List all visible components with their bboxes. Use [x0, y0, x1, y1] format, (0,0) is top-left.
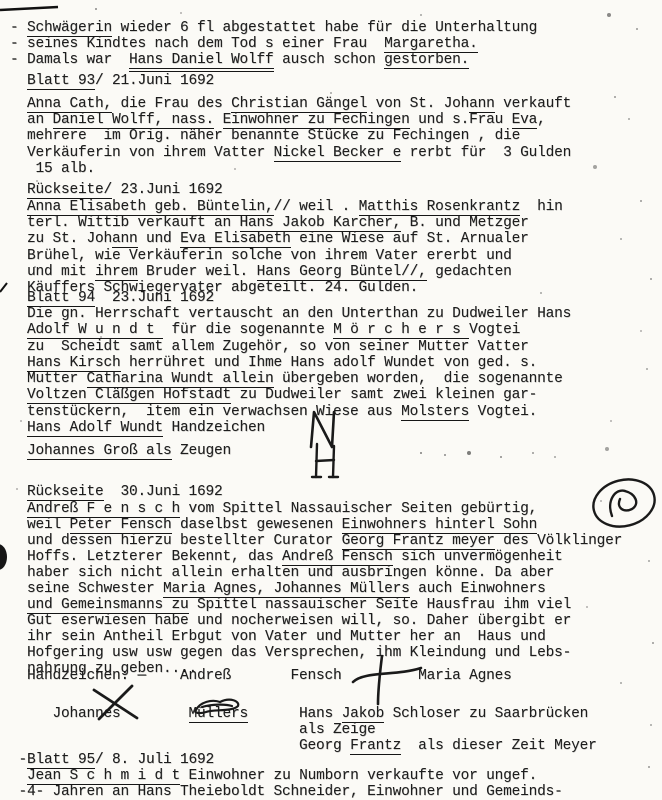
underlined-text: ihrem: [95, 264, 138, 281]
underlined-text: Hans Adolf Wundt: [27, 420, 163, 437]
plain-text: - Damals war: [10, 52, 129, 68]
plain-text: Gut eserwiesen habe und nocherweisen wil…: [10, 613, 571, 629]
plain-text: übergeben worden, die sogenannte: [274, 371, 563, 387]
text-line: -4- Jahren an Hans Theieboldt Schneider,…: [10, 784, 563, 800]
text-line: - Damals war Hans Daniel Wolff ausch sch…: [10, 52, 537, 68]
plain-text: Vogtei.: [469, 404, 537, 420]
scan-noise-specks: [0, 0, 2, 2]
text-line: - seines Kindtes nach dem Tod s einer Fr…: [10, 36, 537, 52]
plain-text: Spittel nassauischer Seite Hausfrau ihm …: [189, 597, 572, 613]
text-line: Die gn. Herrschaft vertauscht an den Unt…: [10, 306, 571, 322]
scan-edge-line: [0, 7, 58, 10]
text-line: Anna Cath, die Frau des Christian Gängel…: [10, 96, 571, 112]
underlined-text: Voltzen Cläßgen Hofstadt: [27, 387, 231, 404]
text-line: Adolf W u n d t für die sogenannte M ö r…: [10, 322, 571, 338]
text-line: Anna Elisabeth geb. Büntelin,// weil . M…: [10, 199, 563, 215]
underlined-text: Hans Jakob Karcher,: [240, 215, 402, 232]
plain-text: [10, 96, 27, 112]
plain-text: Hofgering usw usw gegen das Versprechen,…: [10, 645, 571, 661]
plain-text: weil: [10, 517, 70, 533]
text-line: als Zeige: [10, 722, 376, 738]
text-line: Verkäuferin von ihrem Vatter Nickel Beck…: [10, 145, 571, 161]
text-line: und Gemeinsmanns zu Spittel nassauischer…: [10, 597, 622, 613]
text-block: Andreß F e n s c h vom Spittel Nassauisc…: [10, 501, 622, 677]
underlined-text: Blatt 94: [27, 290, 95, 307]
text-line: Mutter Catharina Wundt allein übergeben …: [10, 371, 571, 387]
text-line: Andreß F e n s c h vom Spittel Nassauisc…: [10, 501, 622, 517]
plain-text: Handzeichen: — Andreß Fensch Maria Agnes: [10, 668, 512, 684]
plain-text: [359, 784, 368, 800]
underlined-text: Blatt 93: [27, 73, 95, 90]
text-line: Hofgering usw usw gegen das Versprechen,…: [10, 645, 622, 661]
underlined-text: M ö r c h e r s: [333, 322, 469, 339]
underlined-text: Frantz: [350, 738, 401, 755]
plain-text: 23.Juni 1692: [95, 290, 214, 306]
underlined-text: Nickel Becker e: [274, 145, 402, 162]
text-line: Handzeichen: — Andreß Fensch Maria Agnes: [10, 668, 512, 684]
underlined-text: Rückseite/: [27, 182, 112, 199]
plain-text: Johannes: [10, 706, 189, 722]
text-block: Blatt 93/ 21.Juni 1692: [10, 73, 214, 89]
plain-text: [10, 768, 27, 784]
underlined-text: Einwohners hinterl Sohn: [342, 517, 538, 534]
plain-text: zu Scheidt samt allem Zugehör, so von se…: [10, 339, 529, 355]
underlined-text: und Gemeinsmanns zu: [27, 597, 189, 614]
plain-text: und s.Frau: [410, 112, 512, 128]
plain-text: [10, 597, 27, 613]
text-block: Hans Adolf Wundt Handzeichen Johannes Gr…: [10, 417, 265, 463]
plain-text: [10, 322, 27, 338]
plain-text: ausch schon: [274, 52, 385, 68]
text-line: Hoffs. Letzterer Bekennt, das Andreß Fen…: [10, 549, 622, 565]
text-line: Brühel, wie Verkäuferin solche von ihrem…: [10, 248, 563, 264]
underlined-text: Anna Elisabeth geb. Büntelin,: [27, 199, 274, 216]
plain-text: haber sich nicht allein erhalten und aus…: [10, 565, 554, 581]
underlined-text: Müllers: [189, 706, 249, 723]
text-line: zu Scheidt samt allem Zugehör, so von se…: [10, 339, 571, 355]
scan-edge-blob: [0, 544, 7, 570]
plain-text: ihr sein Antheil Erbgut von Vater und Mu…: [10, 629, 546, 645]
plain-text: an: [10, 112, 53, 128]
text-line: Rückseite/ 23.Juni 1692: [10, 182, 223, 198]
plain-text: als Zeige: [10, 722, 376, 738]
plain-text: rerbt für 3 Gulden: [401, 145, 571, 161]
plain-text: 30.Juni 1692: [104, 484, 223, 500]
text-block: Anna Cath, die Frau des Christian Gängel…: [10, 96, 571, 177]
plain-text: vom Spittel Nassauischer Seiten gebürtig…: [180, 501, 537, 517]
underlined-text: Theieboldt Schneider,: [180, 784, 359, 800]
plain-text: zu St. Joh: [10, 231, 112, 247]
underlined-text: Eva Elisabeth: [180, 231, 291, 248]
text-line: weil Peter Fensch daselbst gewesenen Ein…: [10, 517, 622, 533]
text-line: Johannes Groß als Zeugen: [10, 440, 265, 463]
plain-text: Mutter: [10, 371, 87, 387]
text-block: Rückseite/ 23.Juni 1692: [10, 182, 223, 198]
plain-text: und mit: [10, 264, 95, 280]
text-line: an Daniel Wolff, nass. Einwohner zu Fech…: [10, 112, 571, 128]
text-line: Blatt 94 23.Juni 1692: [10, 290, 214, 306]
text-line: mehrere im Orig. näher benannte Stücke z…: [10, 128, 571, 144]
plain-text: [10, 420, 27, 436]
text-block: als Zeige: [10, 722, 376, 738]
plain-text: verkauft: [495, 96, 572, 112]
text-line: Blatt 93/ 21.Juni 1692: [10, 73, 214, 89]
plain-text: die Frau des: [112, 96, 231, 112]
underlined-text: Catharina Wundt allein: [87, 371, 274, 388]
underlined-text: Hans Daniel Wolff: [129, 52, 274, 72]
scanned-document-page: - Schwägerin wieder 6 fl abgestattet hab…: [0, 0, 662, 800]
plain-text: und: [138, 231, 181, 247]
text-line: Voltzen Cläßgen Hofstadt zu Dudweiler sa…: [10, 387, 571, 403]
underlined-text: Jean S c h m i d t: [27, 768, 180, 785]
text-line: seine Schwester Maria Agnes, Johannes Mü…: [10, 581, 622, 597]
plain-text: hin: [520, 199, 563, 215]
plain-text: -4- Jahren an Hans: [10, 784, 180, 800]
text-line: Hans Kirsch herrühret und Ihme Hans adol…: [10, 355, 571, 371]
plain-text: 23.Juni 1692: [112, 182, 223, 198]
plain-text: [10, 501, 27, 517]
plain-text: / 21.Juni 1692: [95, 73, 214, 89]
plain-text: [10, 355, 27, 371]
plain-text: [10, 443, 27, 459]
text-line: Hans Adolf Wundt Handzeichen: [10, 417, 265, 440]
plain-text: ,: [537, 112, 546, 128]
plain-text: Handzeichen: [163, 420, 265, 436]
underlined-text: Margaretha.: [384, 36, 478, 53]
underlined-text: Einwohner zu Fechingen: [223, 112, 410, 129]
plain-text: [10, 484, 27, 500]
plain-text: gedachten: [427, 264, 512, 280]
underlined-text: gestorben.: [384, 52, 469, 69]
text-block: Blatt 94 23.Juni 1692: [10, 290, 214, 306]
underlined-text: Hans Kirsch: [27, 355, 121, 372]
text-line: - Schwägerin wieder 6 fl abgestattet hab…: [10, 20, 537, 36]
underlined-text: Georg Frantz meyer: [342, 533, 495, 550]
plain-text: [10, 387, 27, 403]
plain-text: [214, 112, 223, 128]
plain-text: für die sogenannte: [163, 322, 333, 338]
plain-text: Zeugen: [172, 443, 232, 459]
plain-text: Hoffs. Letzterer Bekennt, das: [10, 549, 282, 565]
plain-text: Bruder weil.: [138, 264, 257, 280]
plain-text: [10, 182, 27, 198]
text-block: Rückseite 30.Juni 1692: [10, 484, 223, 500]
underlined-text: Christian Gängel: [231, 96, 367, 113]
text-line: Gut eserwiesen habe und nocherweisen wil…: [10, 613, 622, 629]
plain-text: Einwohner zu Numborn verkaufte vor ungef…: [180, 768, 537, 784]
plain-text: herrühret und Ihme Hans adolf Wundet von…: [121, 355, 538, 371]
underlined-text: Andreß Fensch: [282, 549, 393, 566]
plain-text: Brühel, wie Verkäuferin solche von ihrem…: [10, 248, 512, 264]
text-block: - Schwägerin wieder 6 fl abgestattet hab…: [10, 20, 537, 69]
underlined-text: Matthis Rosenkrantz: [359, 199, 521, 216]
plain-text: von St. Joh: [367, 96, 469, 112]
plain-text: und Gemeinds-: [444, 784, 563, 800]
plain-text: mehrere im Orig. näher benannte Stücke z…: [10, 128, 520, 144]
underlined-text: Maria Agnes, Johannes Müllers: [163, 581, 410, 598]
text-line: und dessen hierzu bestellter Curator Geo…: [10, 533, 622, 549]
plain-text: daselbst gewesenen: [172, 517, 342, 533]
plain-text: -: [10, 752, 27, 768]
underlined-text: Molsters: [401, 404, 469, 421]
plain-text: B. und Metzger: [401, 215, 529, 231]
text-line: und mit ihrem Bruder weil. Hans Georg Bü…: [10, 264, 563, 280]
text-line: Rückseite 30.Juni 1692: [10, 484, 223, 500]
text-block: Handzeichen: — Andreß Fensch Maria Agnes: [10, 668, 512, 684]
underlined-text: Anna Cath,: [27, 96, 112, 113]
plain-text: Hans: [248, 706, 342, 722]
plain-text: - seines Kindtes nach dem Tod s einer Fr…: [10, 36, 384, 52]
underlined-text: ann: [469, 96, 495, 113]
underlined-text: Schwägerin: [27, 20, 112, 37]
text-line: zu St. Johann und Eva Elisabeth eine Wie…: [10, 231, 563, 247]
underlined-text: Blatt 95: [27, 752, 95, 769]
text-line: ihr sein Antheil Erbgut von Vater und Mu…: [10, 629, 622, 645]
text-line: Johannes Müllers Hans Jakob Schloser zu …: [10, 706, 588, 722]
plain-text: [10, 199, 27, 215]
text-block: -Blatt 95/ 8. Juli 1692: [10, 752, 214, 768]
plain-text: Vogtei: [469, 322, 520, 338]
underlined-text: Daniel Wolff, nass.: [53, 112, 215, 129]
plain-text: 15 alb.: [10, 161, 95, 177]
text-block: Anna Elisabeth geb. Büntelin,// weil . M…: [10, 199, 563, 296]
underlined-text: Johannes Groß als: [27, 443, 172, 460]
plain-text: als dieser Zeit Meyer: [401, 738, 597, 754]
scan-edge-tick: [0, 283, 7, 292]
plain-text: sich unvermögenheit: [393, 549, 563, 565]
underlined-text: Hans Georg Büntel//,: [257, 264, 427, 281]
plain-text: Schloser zu Saarbrücken: [384, 706, 588, 722]
plain-text: terl. Wittib verkauft an: [10, 215, 240, 231]
underlined-text: Andreß F e n s c h: [27, 501, 180, 518]
plain-text: [10, 290, 27, 306]
plain-text: / 8. Juli 1692: [95, 752, 214, 768]
underlined-text: Jakob: [342, 706, 385, 723]
underlined-text: Adolf W u n d t: [27, 322, 163, 339]
plain-text: [10, 73, 27, 89]
plain-text: auch Einwohners: [410, 581, 546, 597]
plain-text: -: [10, 20, 27, 36]
underlined-text: Peter Fensch: [70, 517, 172, 534]
plain-text: Verkäuferin von ihrem Vatter: [10, 145, 274, 161]
plain-text: seine Schwester: [10, 581, 163, 597]
text-line: 15 alb.: [10, 161, 571, 177]
plain-text: Die gn. Herrschaft vertauscht an den Unt…: [10, 306, 571, 322]
text-line: -Blatt 95/ 8. Juli 1692: [10, 752, 214, 768]
underlined-text: ann: [112, 231, 138, 248]
underlined-text: Eva: [512, 112, 538, 129]
plain-text: eine Wiese auf St. Arnualer: [291, 231, 529, 247]
text-block: Johannes Müllers Hans Jakob Schloser zu …: [10, 706, 588, 722]
underlined-text: Rückseite: [27, 484, 104, 501]
plain-text: und dessen hierzu bestellter Curator: [10, 533, 342, 549]
plain-text: // weil .: [274, 199, 359, 215]
underlined-text: Einwohner: [367, 784, 444, 800]
plain-text: wieder 6 fl abgestattet habe für die Unt…: [112, 20, 537, 36]
text-block: Die gn. Herrschaft vertauscht an den Unt…: [10, 306, 571, 420]
text-line: terl. Wittib verkauft an Hans Jakob Karc…: [10, 215, 563, 231]
text-block: Jean S c h m i d t Einwohner zu Numborn …: [10, 768, 563, 800]
plain-text: des Völklinger: [495, 533, 623, 549]
text-line: Jean S c h m i d t Einwohner zu Numborn …: [10, 768, 563, 784]
plain-text: zu Dudweiler samt zwei kleinen gar-: [231, 387, 537, 403]
text-line: haber sich nicht allein erhalten und aus…: [10, 565, 622, 581]
handwritten-h-mark: [312, 444, 338, 477]
